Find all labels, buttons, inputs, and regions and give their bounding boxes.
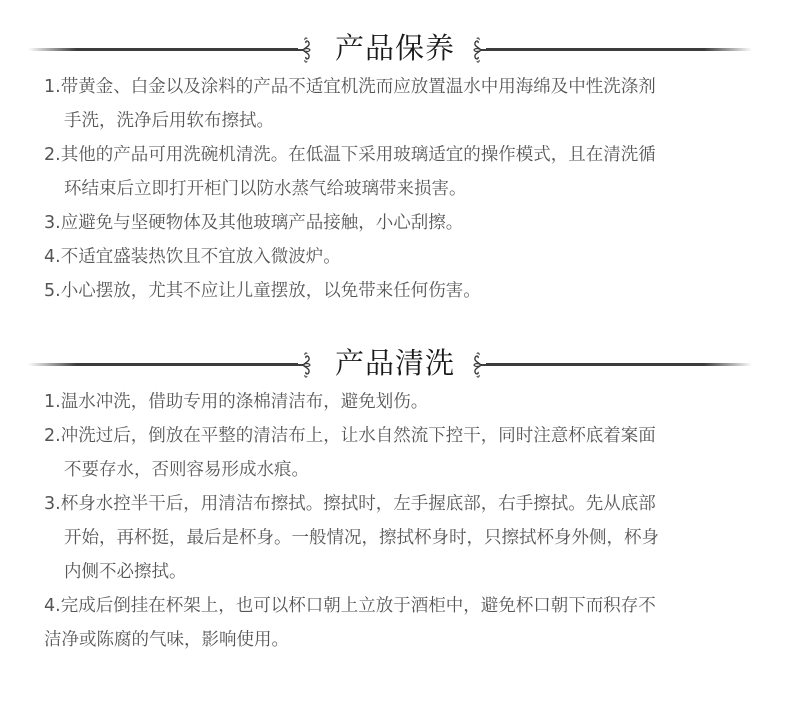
list-item-text: 2.其他的产品可用洗碗机清洗。在低温下采用玻璃适宜的操作模式，且在清洗循 — [44, 138, 754, 172]
list-item-text-continued: 不要存水，否则容易形成水痕。 — [44, 453, 754, 487]
clean-title: 产品清洗 — [330, 343, 460, 383]
scroll-flourish-icon — [472, 352, 486, 378]
care-item-4: 4.不适宜盛装热饮且不宜放入微波炉。 — [44, 240, 754, 274]
clean-section: 产品清洗 1.温水冲洗，借助专用的涤棉清洁布，避免划伤。 2.冲洗过后，倒放在平… — [0, 315, 790, 657]
scroll-flourish-icon — [298, 37, 312, 63]
clean-item-4: 4.完成后倒挂在杯架上，也可以杯口朝上立放于酒柜中，避免杯口朝下而积存不 洁净或… — [44, 589, 754, 657]
care-title: 产品保养 — [330, 28, 460, 68]
divider-line-right — [486, 363, 752, 366]
list-item-text-continued: 环结束后立即打开柜门以防水蒸气给玻璃带来损害。 — [44, 172, 754, 206]
divider-line-left — [28, 363, 298, 366]
list-item-text: 4.完成后倒挂在杯架上，也可以杯口朝上立放于酒柜中，避免杯口朝下而积存不 — [44, 589, 754, 623]
divider-line-left — [28, 48, 298, 51]
list-item-text-continued: 洁净或陈腐的气味，影响使用。 — [44, 623, 754, 657]
list-item-text-continued: 开始，再杯挺，最后是杯身。一般情况，擦拭杯身时，只擦拭杯身外侧，杯身 — [44, 521, 754, 555]
scroll-flourish-icon — [472, 37, 486, 63]
care-item-1: 1.带黄金、白金以及涂料的产品不适宜机洗而应放置温水中用海绵及中性洗涤剂 手洗，… — [44, 70, 754, 138]
divider-line-right — [486, 48, 752, 51]
care-item-2: 2.其他的产品可用洗碗机清洗。在低温下采用玻璃适宜的操作模式，且在清洗循 环结束… — [44, 138, 754, 206]
list-item-text: 2.冲洗过后，倒放在平整的清洁布上，让水自然流下控干，同时注意杯底着案面 — [44, 419, 754, 453]
care-item-5: 5.小心摆放，尤其不应让儿童摆放，以免带来任何伤害。 — [44, 274, 754, 308]
care-section: 产品保养 1.带黄金、白金以及涂料的产品不适宜机洗而应放置温水中用海绵及中性洗涤… — [0, 0, 790, 308]
list-item-text: 4.不适宜盛装热饮且不宜放入微波炉。 — [44, 240, 754, 274]
clean-list: 1.温水冲洗，借助专用的涤棉清洁布，避免划伤。 2.冲洗过后，倒放在平整的清洁布… — [0, 385, 754, 657]
list-item-text: 3.杯身水控半干后，用清洁布擦拭。擦拭时，左手握底部，右手擦拭。先从底部 — [44, 487, 754, 521]
care-section-header: 产品保养 — [0, 24, 790, 74]
clean-item-1: 1.温水冲洗，借助专用的涤棉清洁布，避免划伤。 — [44, 385, 754, 419]
list-item-text: 1.温水冲洗，借助专用的涤棉清洁布，避免划伤。 — [44, 385, 754, 419]
clean-item-3: 3.杯身水控半干后，用清洁布擦拭。擦拭时，左手握底部，右手擦拭。先从底部 开始，… — [44, 487, 754, 589]
clean-item-2: 2.冲洗过后，倒放在平整的清洁布上，让水自然流下控干，同时注意杯底着案面 不要存… — [44, 419, 754, 487]
scroll-flourish-icon — [298, 352, 312, 378]
list-item-text-continued: 手洗，洗净后用软布擦拭。 — [44, 104, 754, 138]
list-item-text-continued: 内侧不必擦拭。 — [44, 555, 754, 589]
list-item-text: 1.带黄金、白金以及涂料的产品不适宜机洗而应放置温水中用海绵及中性洗涤剂 — [44, 70, 754, 104]
care-item-3: 3.应避免与坚硬物体及其他玻璃产品接触，小心刮擦。 — [44, 206, 754, 240]
clean-section-header: 产品清洗 — [0, 339, 790, 389]
list-item-text: 3.应避免与坚硬物体及其他玻璃产品接触，小心刮擦。 — [44, 206, 754, 240]
list-item-text: 5.小心摆放，尤其不应让儿童摆放，以免带来任何伤害。 — [44, 274, 754, 308]
care-list: 1.带黄金、白金以及涂料的产品不适宜机洗而应放置温水中用海绵及中性洗涤剂 手洗，… — [0, 70, 754, 308]
